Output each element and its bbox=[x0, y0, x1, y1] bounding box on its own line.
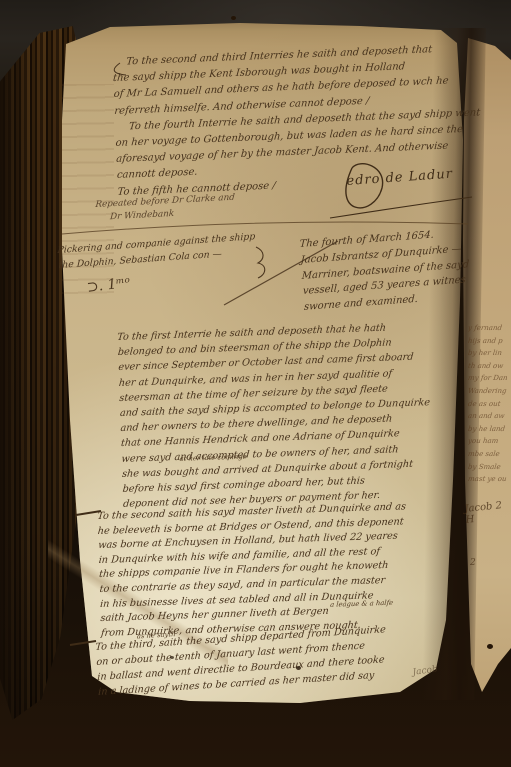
manuscript-photo: To the second and third Interries he sai… bbox=[0, 0, 511, 767]
facing-page-note: Jacob 2 H bbox=[464, 499, 511, 526]
facing-page-digit: 2 bbox=[470, 558, 476, 568]
answer-third-interrogatory: To the third, saith the sayd shipp depar… bbox=[95, 617, 470, 700]
manuscript-fragment: mbe sale bbox=[468, 448, 510, 461]
ink-speck bbox=[170, 656, 174, 659]
interlinear-insertion: at her late cominge bbox=[179, 450, 247, 468]
ink-speck bbox=[487, 644, 493, 649]
deponent-heading-block: The fourth of March 1654. Jacob Isbrants… bbox=[299, 223, 504, 316]
ink-speck bbox=[296, 666, 301, 670]
manuscript-fragment: de as out bbox=[468, 398, 510, 411]
manuscript-fragment: y fernand bbox=[468, 322, 510, 335]
answer-first-interrogatory: To the first Interrie he saith and depos… bbox=[117, 318, 468, 512]
facing-page-text-fragments: y fernand hijs and p by her lin th and o… bbox=[468, 322, 510, 486]
interlinear-insertion: a league & a halfe bbox=[329, 596, 393, 613]
manuscript-fragment: th and ow bbox=[468, 360, 510, 373]
interlinear-insertion: as he sayth bbox=[136, 627, 176, 644]
manuscript-fragment: mast ye ou bbox=[468, 473, 510, 486]
ink-speck bbox=[231, 16, 236, 20]
manuscript-fragment: an and aw bbox=[468, 410, 510, 423]
manuscript-fragment: my for Dan bbox=[468, 372, 510, 385]
manuscript-fragment: hijs and p bbox=[468, 335, 510, 348]
manuscript-fragment: Wandering bbox=[468, 385, 510, 398]
manuscript-fragment: by he land bbox=[468, 423, 510, 436]
manuscript-fragment: you ham bbox=[468, 435, 510, 448]
manuscript-fragment: by Smale bbox=[468, 461, 510, 474]
manuscript-fragment: by her lin bbox=[468, 347, 510, 360]
